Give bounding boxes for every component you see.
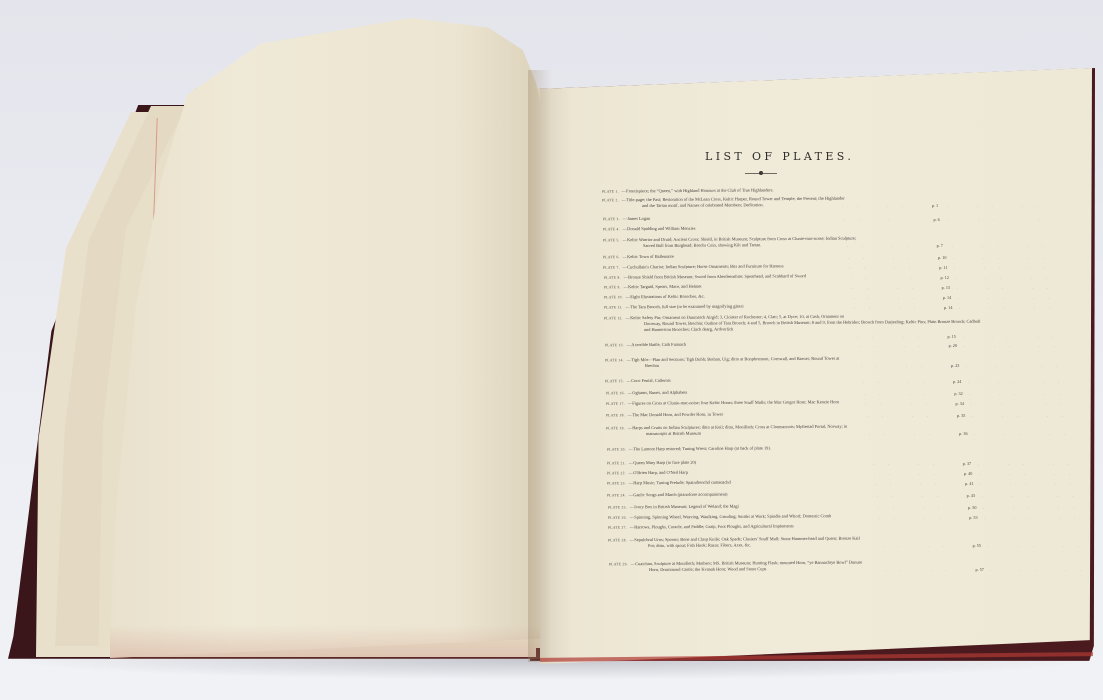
- plate-description: —Ivory Box in British Museum; Legend of …: [630, 504, 739, 510]
- plate-description: —Eight Illustrations of Keltic Brooches,…: [626, 294, 705, 300]
- page-title: LIST OF PLATES.: [705, 150, 854, 163]
- leader-dots: .. .. .. .. ..: [883, 543, 1093, 548]
- plate-list-item: PLATE 11.—The Tara Brooch, full size (to…: [604, 304, 744, 311]
- plate-label: PLATE 22.: [607, 471, 626, 475]
- plate-list-item: PLATE 1.—Frontispiece; the “Queen,” with…: [602, 187, 774, 194]
- plate-list-item: PLATE 7.—Cuchullain's Chariot; Indian Sc…: [603, 263, 784, 270]
- plate-label: PLATE 1.: [602, 189, 619, 193]
- plate-list-item: PLATE 21.—Queen Mary Harp (to face plate…: [607, 460, 696, 467]
- plate-list-item: PLATE 23.—Harp Music; Tuning Prelude; Sp…: [607, 480, 731, 487]
- leader-dots: .. .. .. .. ..: [853, 295, 1063, 300]
- page-number: p. 36: [959, 431, 967, 436]
- plate-list-item: PLATE 18.—The Mac Donald Horn, and Powde…: [606, 412, 723, 419]
- plate-label: PLATE 24.: [607, 493, 626, 497]
- plate-description: —The Mac Donald Horn, and Powder Horn, i…: [628, 412, 723, 418]
- leader-dots: .. .. .. .. ..: [859, 343, 1069, 348]
- plate-description: —Bronze Shield from British Museum; Swor…: [623, 273, 805, 279]
- plate-label: PLATE 25.: [608, 505, 627, 509]
- page-number: p. 32: [954, 391, 962, 396]
- plate-list-item: PLATE 16.—Oghams, Runes, and Alphabets: [606, 390, 687, 397]
- plate-list-item: PLATE 9.—Keltic Targaid, Spears, Mace, a…: [604, 284, 702, 291]
- page-number: p. 14: [943, 295, 951, 300]
- leader-dots: .. .. .. .. ..: [843, 217, 1053, 222]
- plate-description: —Oghams, Runes, and Alphabets: [627, 390, 686, 395]
- plate-list-item: PLATE 6.—Keltic Town of Ballemaire: [603, 254, 674, 261]
- plate-description: —The Lamont Harp restored; Tuning Wrest;…: [628, 445, 770, 451]
- leader-dots: .. .. .. .. ..: [854, 305, 1064, 310]
- plate-label: PLATE 14.: [605, 358, 624, 362]
- page-number: p. 11: [939, 265, 947, 270]
- page-number: p. 14: [944, 305, 952, 310]
- leader-dots: .. .. .. .. ..: [849, 265, 1059, 270]
- plate-label: PLATE 2.: [602, 198, 619, 202]
- plate-description: —Donald Spalding and William Menzies: [622, 226, 695, 232]
- plate-description: —Figures on Cross at Clunie-mac-noise; f…: [628, 399, 839, 405]
- left-page-edge: [110, 625, 540, 659]
- plate-list-item: PLATE 13.—A terrible Battle, Cath Fuanac…: [605, 342, 686, 349]
- leader-dots: .. .. .. .. ..: [864, 391, 1074, 396]
- plate-description: —Gaelic Songs and March (pianoforte acco…: [629, 492, 728, 498]
- page-number: p. 13: [942, 285, 950, 290]
- plate-list-item: PLATE 3.—James Logan: [602, 216, 649, 223]
- page-number: p. 34: [956, 401, 964, 406]
- plate-label: PLATE 7.: [603, 266, 620, 270]
- page-number: p. 57: [976, 567, 984, 572]
- plate-label: PLATE 19.: [606, 426, 625, 430]
- page-number: p. 10: [938, 255, 946, 260]
- plate-list-item: PLATE 12.—Keltic Safety Pin; Ornament on…: [604, 313, 984, 334]
- page-number: p. 6: [933, 217, 939, 222]
- plate-list-item: PLATE 4.—Donald Spalding and William Men…: [603, 226, 695, 233]
- leader-dots: .. .. .. .. ..: [867, 413, 1077, 418]
- plate-description: —Tigh Mòr—Plan and Sections; Tigh Dubh; …: [627, 356, 840, 362]
- plate-list-item: PLATE 15.—Cnoc Fental, Callernis: [605, 378, 671, 385]
- plate-description: —Title-page; the Past; Restoration of th…: [622, 196, 845, 203]
- leader-dots: .. .. .. .. ..: [869, 431, 1079, 436]
- page-number: p. 55: [973, 543, 981, 548]
- leader-dots: .. .. .. .. ..: [847, 243, 1057, 248]
- plate-description-continued: Doorway, Round Tower, Brechin; Outline o…: [604, 319, 984, 334]
- page-number: p. 37: [963, 461, 971, 466]
- leader-dots: .. .. .. .. ..: [842, 203, 1052, 208]
- title-ornament-dot: [759, 171, 763, 175]
- leader-dots: .. .. .. .. ..: [850, 275, 1060, 280]
- plate-list-item: PLATE 27.—Harrows, Ploughs, Coracle, and…: [608, 523, 794, 530]
- leader-dots: .. .. .. .. ..: [874, 471, 1084, 476]
- plate-list-item: PLATE 22.—O'Brien Harp, and O'Neil Harp: [607, 470, 688, 477]
- plate-description: —Frontispiece; the “Queen,” with Highlan…: [622, 187, 774, 193]
- plate-label: PLATE 23.: [607, 481, 626, 485]
- plate-label: PLATE 9.: [604, 285, 621, 289]
- plate-list-item: PLATE 20.—The Lamont Harp restored; Tuni…: [607, 445, 771, 452]
- plate-label: PLATE 20.: [607, 447, 626, 451]
- leader-dots: .. .. .. .. ..: [879, 515, 1089, 520]
- plate-label: PLATE 5.: [603, 238, 620, 242]
- plate-description: —Queen Mary Harp (to face plate 20): [629, 460, 696, 465]
- leader-dots: .. .. .. .. ..: [863, 379, 1073, 384]
- plate-description: —Harrows, Ploughs, Coracle, and Paddle; …: [630, 523, 794, 529]
- plate-label: PLATE 15.: [605, 379, 624, 383]
- plate-label: PLATE 11.: [604, 305, 623, 309]
- plate-description: —Harp Music; Tuning Prelude; Spaindrench…: [629, 480, 731, 486]
- page-number: p. 40: [964, 471, 972, 476]
- plate-label: PLATE 28.: [608, 538, 627, 542]
- plate-label: PLATE 18.: [606, 413, 625, 417]
- plate-description: —A terrible Battle, Cath Fuanach: [627, 342, 686, 347]
- page-number: p. 24: [953, 379, 961, 384]
- page-number: p. 1: [932, 203, 938, 208]
- book-gutter: [528, 70, 552, 662]
- plate-list-item: PLATE 24.—Gaelic Songs and March (pianof…: [607, 492, 728, 499]
- plate-label: PLATE 10.: [604, 295, 623, 299]
- leader-dots: .. .. .. .. ..: [877, 493, 1087, 498]
- leader-dots: .. .. .. .. ..: [866, 401, 1076, 406]
- leader-dots: .. .. .. .. ..: [852, 285, 1062, 290]
- plate-list-item: PLATE 10.—Eight Illustrations of Keltic …: [604, 294, 705, 301]
- plate-description: —Keltic Town of Ballemaire: [623, 254, 674, 259]
- page-number: p. 35: [957, 413, 965, 418]
- leader-dots: .. .. .. .. ..: [848, 255, 1058, 260]
- leader-dots: .. .. .. .. ..: [875, 481, 1085, 486]
- plate-list-item: PLATE 25.—Ivory Box in British Museum; L…: [608, 504, 739, 511]
- plate-label: PLATE 27.: [608, 526, 627, 530]
- plate-description: —Keltic Warrior and Druid; Ancient Cross…: [623, 236, 856, 243]
- plate-description: —Keltic Targaid, Spears, Mace, and Helme…: [623, 284, 701, 290]
- plate-description: —Harps and Cruits on Indian Sculptures; …: [628, 424, 847, 431]
- leader-dots: .. .. .. .. ..: [873, 461, 1083, 466]
- plate-label: PLATE 16.: [606, 391, 625, 395]
- plate-label: PLATE 17.: [606, 402, 625, 406]
- plate-label: PLATE 6.: [603, 255, 620, 259]
- leader-dots: .. .. .. .. ..: [886, 567, 1096, 572]
- page-number: p. 12: [940, 275, 948, 280]
- page-number: p. 15: [947, 334, 955, 339]
- plate-description: —Cnoc Fental, Callernis: [627, 378, 671, 383]
- plate-description: —Spinning, Spinning Wheel, Weaving, Waul…: [630, 513, 831, 519]
- plate-description: —O'Brien Harp, and O'Neil Harp: [629, 470, 688, 475]
- plate-description: —Cuaichan, Sculpture at Monifieth; Mothe…: [631, 560, 862, 567]
- plate-description: —Cuchullain's Chariot; Indian Sculpture;…: [623, 263, 784, 269]
- plate-description: —James Logan: [622, 216, 649, 221]
- plate-label: PLATE 4.: [603, 227, 620, 231]
- page-number: p. 43: [967, 493, 975, 498]
- page-number: p. 23: [951, 363, 959, 368]
- leader-dots: .. .. .. .. ..: [861, 363, 1071, 368]
- page-number: p. 53: [969, 515, 977, 520]
- plate-description: —The Tara Brooch, full size (to be exami…: [626, 304, 744, 310]
- plate-label: PLATE 12.: [604, 316, 623, 320]
- plate-label: PLATE 26.: [608, 516, 627, 520]
- plate-label: PLATE 8.: [604, 276, 621, 280]
- plate-description: —Sepulchral Urns; Spoons; Bone and Clasp…: [630, 536, 860, 543]
- page-number: p. 20: [949, 343, 957, 348]
- plate-label: PLATE 21.: [607, 461, 626, 465]
- leader-dots: .. .. .. .. ..: [878, 505, 1088, 510]
- plate-label: PLATE 3.: [602, 217, 619, 221]
- page-number: p. 50: [968, 505, 976, 510]
- leader-dots: .. .. .. .. ..: [857, 334, 1067, 339]
- plate-label: PLATE 29.: [609, 562, 628, 566]
- plate-label: PLATE 13.: [605, 343, 624, 347]
- page-number: p. 41: [965, 481, 973, 486]
- page-number: p. 7: [937, 243, 943, 248]
